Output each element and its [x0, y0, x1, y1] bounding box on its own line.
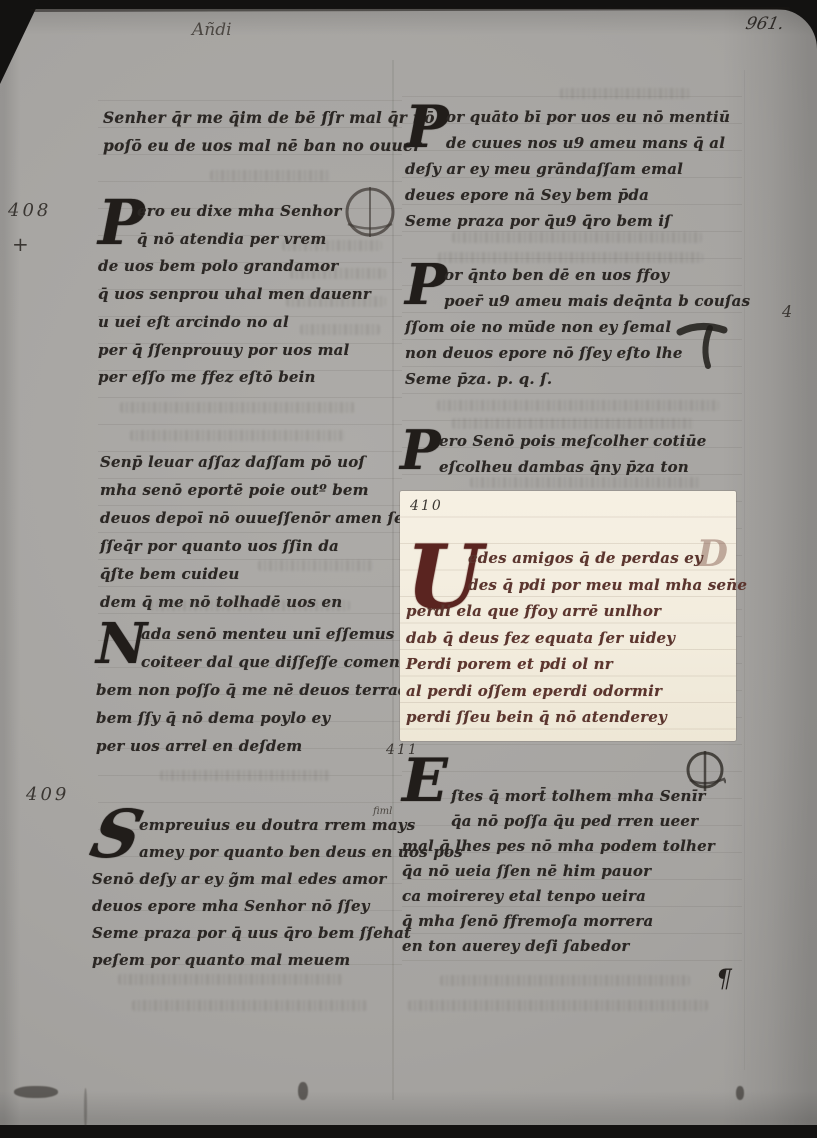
bleed-through-line [118, 974, 343, 985]
text-line: per eſſo me ffez eſtō bein [98, 364, 406, 392]
bleed-through-line [286, 296, 386, 307]
margin-cross-mark: + [12, 232, 32, 256]
text-line: or quāto bī por uos eu nō mentiū [405, 104, 737, 130]
text-line: de cuues nos u9 ameu mans q̄ al [405, 130, 737, 156]
stanza-lines: or quāto bī por uos eu nō mentiūde cuues… [405, 104, 737, 234]
text-line: Seme praza por q̄ uus q̄ro bem ſſehat [92, 920, 408, 947]
stanza: Senher q̄r me q̄im de bē ſſr mal q̄r nōp… [103, 104, 408, 160]
text-line: non deuos epore nō ſſey eſto lhe [405, 340, 737, 366]
right-margin-mark: 4 [782, 302, 792, 321]
text-line: peſem por quanto mal meuem [92, 947, 408, 974]
drop-cap-initial: E [402, 760, 448, 810]
bleed-through-line [300, 324, 380, 335]
stanza-lines: Senher q̄r me q̄im de bē ſſr mal q̄r nōp… [103, 104, 408, 160]
stanza: N ada senō menteu unī eſſemuscoiteer dal… [96, 620, 406, 760]
text-line: mal q̄ lhes pes nō mha podem tolher [402, 834, 738, 859]
text-line: perdi ſſeu bein q̄ nō atenderey [406, 704, 732, 731]
stanza-lines: or q̄nto ben dē en uos ffoypoer̄ u9 ameu… [405, 262, 737, 392]
ink-smudge [14, 1086, 58, 1098]
text-line: ſtes q̄ mort̄ tolhem mha Senīr [402, 784, 738, 809]
bleed-through-line [132, 1000, 367, 1011]
text-line: ada senō menteu unī eſſemus [96, 620, 406, 648]
text-line: deues epore nā Sey bem p̄da [405, 182, 737, 208]
bleed-through-line [440, 975, 690, 986]
folio-number: 961. [744, 14, 786, 34]
bleed-through-line [470, 477, 700, 488]
margin-number-409: 409 [26, 784, 69, 805]
bleed-through-line [438, 252, 703, 263]
text-line: Senher q̄r me q̄im de bē ſſr mal q̄r nō [103, 104, 408, 132]
highlight-number: 410 [410, 498, 443, 514]
highlight-box: 410 D U edes amigos q̄ de perdas eydes q… [400, 491, 736, 741]
text-line: Seme p̄za. p. q. ſ. [405, 366, 737, 392]
text-line: Seme praza por q̄u9 q̄ro bem iſ [405, 208, 737, 234]
drop-cap-initial: P [405, 262, 441, 312]
text-line: deſy ar ey meu grāndaſſam emal [405, 156, 737, 182]
stanza-lines: ada senō menteu unī eſſemuscoiteer dal q… [96, 620, 406, 760]
stanza: P or quāto bī por uos eu nō mentiūde cuu… [405, 104, 737, 234]
drop-cap-initial: N [96, 620, 138, 672]
stanza: Senp̄ leuar aſſaz daſſam pō uoſmha senō … [100, 448, 408, 616]
text-line: deuos depoī nō ouueſſenōr amen ſem [100, 504, 408, 532]
text-line: Senō deſy ar ey g̃m mal edes amor [92, 866, 408, 893]
text-line: al perdi oſſem eperdi odormir [406, 678, 732, 705]
stanza: P or q̄nto ben dē en uos ffoypoer̄ u9 am… [405, 262, 737, 392]
bleed-through-line [282, 240, 382, 251]
ink-smudge [736, 1086, 744, 1100]
text-line: ero eu dixe mha Senhor [98, 198, 406, 226]
text-line: q̄ mha ſenō ffremoſa morrera [402, 909, 738, 934]
scratch-mark [84, 1088, 87, 1128]
drop-cap-initial: P [405, 104, 443, 154]
bleed-through-line [120, 402, 355, 413]
text-line: Perdi porem et pdi ol nr [406, 651, 732, 678]
bleed-through-line [408, 1000, 708, 1011]
bleed-through-line [150, 600, 350, 611]
text-line: bem ſſy q̄ nō dema poylo ey [96, 704, 406, 732]
text-line: per q̄ ſſenprouuy por uos mal [98, 337, 406, 365]
text-line: poſō eu de uos mal nē ban no ouuer [103, 132, 408, 160]
bleed-through-line [437, 400, 719, 411]
stanza-lines: Senp̄ leuar aſſaz daſſam pō uoſmha senō … [100, 448, 408, 616]
text-line: mha senō eportē poie outº bem [100, 476, 408, 504]
text-line: ſſom oie no mūde non ey ſemal [405, 314, 737, 340]
text-line: bem non poſſo q̄ me nē deuos terradō [96, 676, 406, 704]
text-line: en ton auerey deſi ſabedor [402, 934, 738, 959]
text-line: Senp̄ leuar aſſaz daſſam pō uoſ [100, 448, 408, 476]
bleed-through-line [160, 770, 330, 781]
text-line: ca moirerey etal tenpo ueira [402, 884, 738, 909]
right-ruling-line [744, 70, 745, 1070]
text-line: q̄a nō poſſa q̄u ped rren ueer [402, 809, 738, 834]
bleed-through-line [290, 268, 386, 279]
drop-cap-initial: P [400, 428, 436, 476]
text-line: amey por quanto ben deus en uos pos [92, 839, 408, 866]
stanza: E ſtes q̄ mort̄ tolhem mha Senīrq̄a nō p… [402, 760, 738, 959]
text-line: dab q̄ deus fez equata ſer uidey [406, 625, 732, 652]
bleed-through-line [560, 88, 690, 99]
highlight-drop-cap: U [406, 545, 468, 598]
text-line: ſſeq̄r por quanto uos ſſin da [100, 532, 408, 560]
stanza-lines: ero eu dixe mha Senhorq̄ nō atendia per … [98, 198, 406, 392]
stanza-lines: ſtes q̄ mort̄ tolhem mha Senīrq̄a nō poſ… [402, 760, 738, 959]
bleed-through-line [452, 418, 694, 429]
bleed-through-line [258, 560, 373, 571]
stanza-lines: ero Senō pois meſcolher cotiūeeſcolheu d… [400, 428, 736, 480]
bleed-through-line [210, 170, 330, 181]
highlight-stanza: U edes amigos q̄ de perdas eydes q̄ pdi … [406, 545, 732, 731]
header-annotation: Añdi [192, 20, 232, 40]
text-line: coiteer dal que diſſeſſe comen iq̄der [96, 648, 406, 676]
text-line: q̄a nō ueia ſſen nē him pauor [402, 859, 738, 884]
text-line: poer̄ u9 ameu mais deq̄nta b couſas [405, 288, 737, 314]
text-line: per uos arrel en deſdem [96, 732, 406, 760]
stanza: P ero eu dixe mha Senhorq̄ nō atendia pe… [98, 198, 406, 392]
margin-number-408: 408 [8, 200, 51, 221]
stanza: S empreuius eu doutra rrem maysamey por … [92, 812, 408, 974]
bleed-through-line [452, 232, 702, 243]
text-line: or q̄nto ben dē en uos ffoy [405, 262, 737, 288]
stanza: P ero Senō pois meſcolher cotiūeeſcolheu… [400, 428, 736, 480]
text-line: ero Senō pois meſcolher cotiūe [400, 428, 736, 454]
text-line: deuos epore mha Senhor nō ſſey [92, 893, 408, 920]
paragraph-mark-icon: ¶ [716, 964, 732, 993]
drop-cap-initial: P [98, 198, 134, 252]
bleed-through-line [130, 430, 345, 441]
ink-smudge [298, 1082, 308, 1100]
manuscript-photo: Añdi 961. 408 + 409 411 4 fiml ¶ Senher … [0, 0, 817, 1138]
text-line: perdi ela que ffoy arrē unlhor [406, 598, 732, 625]
